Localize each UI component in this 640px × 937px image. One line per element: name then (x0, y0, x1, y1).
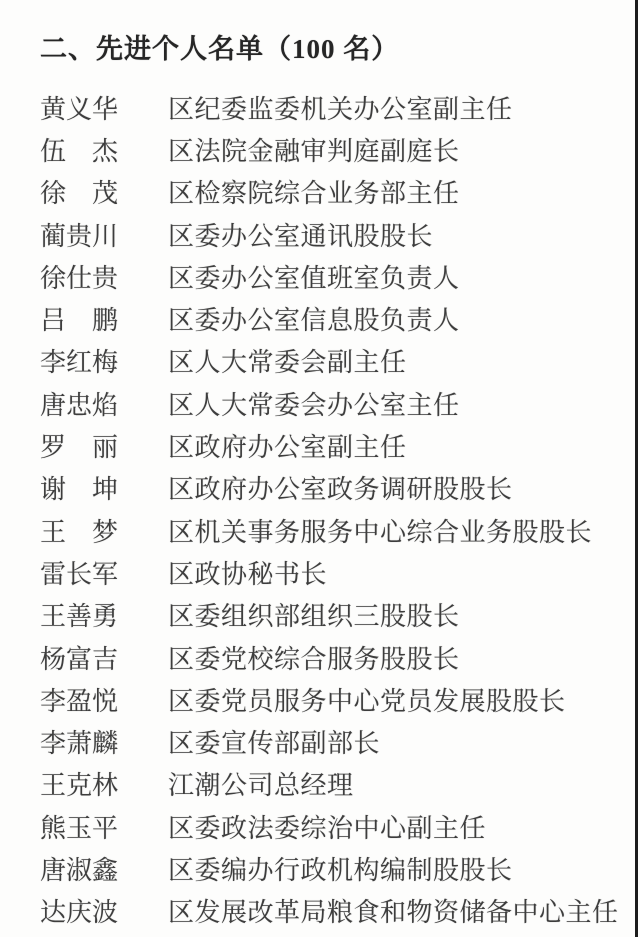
person-title: 区机关事务服务中心综合业务股股长 (168, 512, 592, 549)
person-title: 区委党校综合服务股股长 (168, 639, 460, 676)
section-title: 二、先进个人名单（100 名） (40, 34, 620, 64)
person-name: 李盈悦 (40, 681, 124, 718)
person-name: 罗 丽 (40, 427, 124, 464)
person-name: 李红梅 (40, 342, 124, 379)
person-title: 区检察院综合业务部主任 (168, 173, 460, 210)
person-title: 区委党员服务中心党员发展股股长 (168, 681, 566, 718)
person-name: 蔺贵川 (40, 216, 124, 253)
person-title: 区人大常委会副主任 (168, 342, 407, 379)
person-name: 达庆波 (40, 892, 124, 929)
list-item: 王克林 江潮公司总经理 (40, 763, 620, 805)
person-name: 王克林 (40, 765, 124, 802)
list-item: 伍 杰 区法院金融审判庭副庭长 (40, 128, 620, 170)
document-body: 二、先进个人名单（100 名） 黄义华 区纪委监委机关办公室副主任 伍 杰 区法… (0, 0, 640, 932)
person-name: 唐淑鑫 (40, 850, 124, 887)
person-name: 谢 坤 (40, 469, 124, 506)
person-list: 黄义华 区纪委监委机关办公室副主任 伍 杰 区法院金融审判庭副庭长 徐 茂 区检… (40, 86, 620, 932)
person-title: 区委政法委综治中心副主任 (168, 808, 486, 845)
list-item: 杨富吉 区委党校综合服务股股长 (40, 636, 620, 678)
person-title: 区委组织部组织三股股长 (168, 596, 460, 633)
list-item: 李盈悦 区委党员服务中心党员发展股股长 (40, 678, 620, 720)
list-item: 熊玉平 区委政法委综治中心副主任 (40, 805, 620, 847)
person-name: 王善勇 (40, 596, 124, 633)
person-title: 区法院金融审判庭副庭长 (168, 131, 460, 168)
person-name: 徐仕贵 (40, 258, 124, 295)
list-item: 王善勇 区委组织部组织三股股长 (40, 594, 620, 636)
person-name: 熊玉平 (40, 808, 124, 845)
person-name: 徐 茂 (40, 173, 124, 210)
person-title: 江潮公司总经理 (168, 765, 354, 802)
list-item: 王 梦 区机关事务服务中心综合业务股股长 (40, 509, 620, 551)
list-item: 李红梅 区人大常委会副主任 (40, 340, 620, 382)
person-title: 区委办公室信息股负责人 (168, 300, 460, 337)
person-title: 区发展改革局粮食和物资储备中心主任 (168, 892, 619, 929)
document-page: 二、先进个人名单（100 名） 黄义华 区纪委监委机关办公室副主任 伍 杰 区法… (0, 0, 640, 937)
person-title: 区政协秘书长 (168, 554, 327, 591)
person-name: 唐忠焰 (40, 385, 124, 422)
person-title: 区委宣传部副部长 (168, 723, 380, 760)
list-item: 黄义华 区纪委监委机关办公室副主任 (40, 86, 620, 128)
list-item: 吕 鹏 区委办公室信息股负责人 (40, 297, 620, 339)
person-name: 王 梦 (40, 512, 124, 549)
person-title: 区委编办行政机构编制股股长 (168, 850, 513, 887)
list-item: 蔺贵川 区委办公室通讯股股长 (40, 213, 620, 255)
list-item: 徐仕贵 区委办公室值班室负责人 (40, 255, 620, 297)
person-name: 黄义华 (40, 89, 124, 126)
list-item: 徐 茂 区检察院综合业务部主任 (40, 171, 620, 213)
person-title: 区委办公室值班室负责人 (168, 258, 460, 295)
list-item: 罗 丽 区政府办公室副主任 (40, 424, 620, 466)
list-item: 唐忠焰 区人大常委会办公室主任 (40, 382, 620, 424)
person-title: 区政府办公室副主任 (168, 427, 407, 464)
scan-edge-line (635, 0, 638, 937)
list-item: 雷长军 区政协秘书长 (40, 551, 620, 593)
person-title: 区政府办公室政务调研股股长 (168, 469, 513, 506)
person-title: 区人大常委会办公室主任 (168, 385, 460, 422)
person-name: 李萧麟 (40, 723, 124, 760)
person-name: 雷长军 (40, 554, 124, 591)
person-title: 区委办公室通讯股股长 (168, 216, 433, 253)
person-title: 区纪委监委机关办公室副主任 (168, 89, 513, 126)
person-name: 杨富吉 (40, 639, 124, 676)
person-name: 伍 杰 (40, 131, 124, 168)
person-name: 吕 鹏 (40, 300, 124, 337)
list-item: 唐淑鑫 区委编办行政机构编制股股长 (40, 847, 620, 889)
list-item: 谢 坤 区政府办公室政务调研股股长 (40, 467, 620, 509)
list-item: 李萧麟 区委宣传部副部长 (40, 720, 620, 762)
list-item: 达庆波 区发展改革局粮食和物资储备中心主任 (40, 890, 620, 932)
